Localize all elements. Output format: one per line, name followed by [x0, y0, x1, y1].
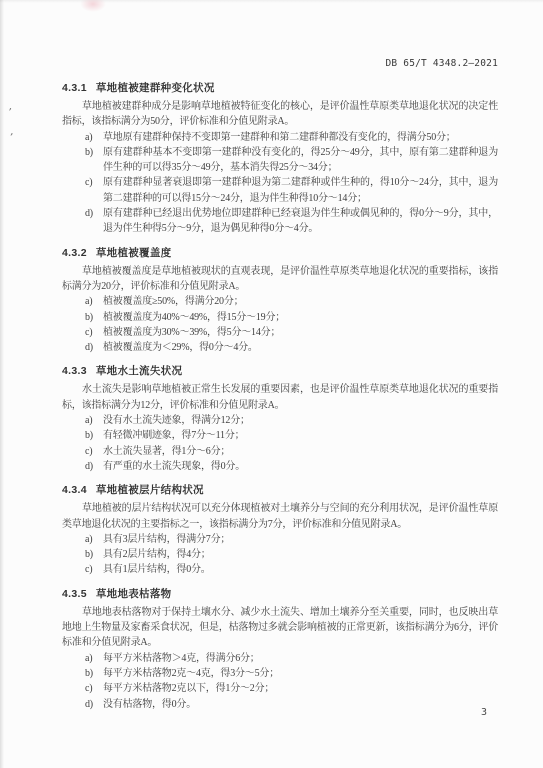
- list-item-text: 水土流失显著，得1分～6分；: [103, 446, 230, 457]
- section-paragraph: 草地植被覆盖度是草地植被现状的直观表现，是评价温性草原类草地退化状况的重要指标，…: [62, 264, 498, 295]
- page-content: DB 65/T 4348.2—2021 4.3.1草地植被建群种变化状况 草地植…: [62, 58, 498, 712]
- list-item-label: c): [85, 562, 92, 577]
- list-item-label: a): [85, 294, 92, 309]
- document-page: ’ ’ DB 65/T 4348.2—2021 4.3.1草地植被建群种变化状况…: [0, 0, 543, 768]
- list-item-label: a): [85, 532, 92, 547]
- list-item-label: d): [85, 697, 93, 712]
- list-item-text: 有轻微冲刷迹象，得7分～11分；: [103, 430, 244, 441]
- document-code-header: DB 65/T 4348.2—2021: [62, 58, 498, 70]
- scan-smudge: [80, 0, 106, 12]
- section-number: 4.3.5: [62, 588, 87, 600]
- list-item: b)具有2层片结构，得4分；: [62, 547, 498, 562]
- scan-edge-shadow: [0, 0, 4, 768]
- list-item-label: b): [85, 310, 93, 325]
- scan-speck: ’: [7, 131, 14, 144]
- list-item-label: a): [85, 651, 92, 666]
- scan-speck: ’: [7, 106, 12, 119]
- section-4-3-1: 4.3.1草地植被建群种变化状况 草地植被建群种成分是影响草地植被特征变化的核心…: [62, 80, 498, 237]
- section-title: 草地植被建群种变化状况: [96, 82, 215, 94]
- list-item-label: d): [85, 459, 93, 474]
- section-number: 4.3.1: [62, 82, 87, 94]
- list-item-label: d): [85, 340, 93, 355]
- list-item: c)每平方米枯落物2克以下，得1分～2分；: [62, 681, 498, 696]
- list-item-text: 原有建群种基本不变即第一建群种没有变化的，得25分～49分，其中，原有第二建群种…: [103, 147, 498, 173]
- list-item: d)植被覆盖度为＜29%，得0分～4分。: [62, 340, 498, 355]
- list-item: d)没有枯落物，得0分。: [62, 697, 498, 712]
- section-heading: 4.3.4草地植被层片结构状况: [62, 482, 498, 497]
- list-item: c)植被覆盖度为30%～39%，得5分～14分；: [62, 325, 498, 340]
- list-item-label: b): [85, 428, 93, 443]
- section-title: 草地地表枯落物: [96, 588, 172, 600]
- section-heading: 4.3.1草地植被建群种变化状况: [62, 80, 498, 95]
- section-paragraph: 草地植被的层片结构状况可以充分体现植被对土壤养分与空间的充分利用状况，是评价温性…: [62, 501, 498, 532]
- section-title: 草地植被覆盖度: [96, 247, 172, 259]
- list-item-label: b): [85, 666, 93, 681]
- section-4-3-5: 4.3.5草地地表枯落物 草地地表枯落物对于保持土壤水分、减少水土流失、增加土壤…: [62, 586, 498, 712]
- list-item-text: 植被覆盖度为40%～49%，得15分～19分；: [103, 312, 285, 323]
- list-item: a)每平方米枯落物＞4克，得满分6分；: [62, 651, 498, 666]
- list-item-label: c): [85, 444, 92, 459]
- list-item-text: 每平方米枯落物2克以下，得1分～2分；: [103, 683, 274, 694]
- section-paragraph: 水土流失是影响草地植被正常生长发展的重要因素，也是评价温性草原类草地退化状况的重…: [62, 382, 498, 413]
- list-item-text: 草地原有建群种保持不变即第一建群种和第二建群种都没有变化的，得满分50分；: [103, 132, 456, 143]
- list-item-label: d): [85, 206, 93, 221]
- list-item-text: 没有水土流失迹象，得满分12分；: [103, 415, 250, 426]
- list-item-text: 没有枯落物，得0分。: [103, 699, 196, 710]
- section-4-3-2: 4.3.2草地植被覆盖度 草地植被覆盖度是草地植被现状的直观表现，是评价温性草原…: [62, 245, 498, 356]
- list-item-text: 原有建群种已经退出优势地位即建群种已经衰退为伴生种或偶见种的，得0分～9分，其中…: [103, 208, 498, 234]
- list-item: a)草地原有建群种保持不变即第一建群种和第二建群种都没有变化的，得满分50分；: [62, 130, 498, 145]
- section-title: 草地水土流失状况: [96, 365, 182, 377]
- section-number: 4.3.2: [62, 247, 87, 259]
- section-paragraph: 草地地表枯落物对于保持土壤水分、减少水土流失、增加土壤养分至关重要，同时，也反映…: [62, 605, 498, 651]
- list-item-label: c): [85, 681, 92, 696]
- list-item-label: a): [85, 413, 92, 428]
- list-item: c)具有1层片结构，得0分。: [62, 562, 498, 577]
- list-item-text: 原有建群种显著衰退即第一建群种退为第二建群种或伴生种的，得10分～24分，其中，…: [103, 177, 498, 203]
- list-item: c)原有建群种显著衰退即第一建群种退为第二建群种或伴生种的，得10分～24分，其…: [62, 175, 498, 206]
- list-item-text: 每平方米枯落物＞4克，得满分6分；: [103, 653, 260, 664]
- section-heading: 4.3.2草地植被覆盖度: [62, 245, 498, 260]
- section-4-3-4: 4.3.4草地植被层片结构状况 草地植被的层片结构状况可以充分体现植被对土壤养分…: [62, 482, 498, 577]
- section-heading: 4.3.3草地水土流失状况: [62, 363, 498, 378]
- criteria-list: a)具有3层片结构，得满分7分； b)具有2层片结构，得4分； c)具有1层片结…: [62, 532, 498, 578]
- list-item-text: 每平方米枯落物2克～4克，得3分～5分；: [103, 668, 279, 679]
- list-item-label: b): [85, 547, 93, 562]
- criteria-list: a)植被覆盖度≥50%，得满分20分； b)植被覆盖度为40%～49%，得15分…: [62, 294, 498, 355]
- list-item-label: b): [85, 145, 93, 160]
- list-item-text: 植被覆盖度≥50%，得满分20分；: [103, 296, 243, 307]
- page-number: 3: [481, 707, 487, 718]
- list-item-label: a): [85, 130, 92, 145]
- list-item-text: 植被覆盖度为30%～39%，得5分～14分；: [103, 327, 280, 338]
- section-title: 草地植被层片结构状况: [96, 484, 204, 496]
- list-item-text: 具有3层片结构，得满分7分；: [103, 534, 230, 545]
- list-item: d)有严重的水土流失现象，得0分。: [62, 459, 498, 474]
- list-item: a)没有水土流失迹象，得满分12分；: [62, 413, 498, 428]
- section-heading: 4.3.5草地地表枯落物: [62, 586, 498, 601]
- criteria-list: a)没有水土流失迹象，得满分12分； b)有轻微冲刷迹象，得7分～11分； c)…: [62, 413, 498, 474]
- list-item-text: 具有1层片结构，得0分。: [103, 564, 211, 575]
- section-4-3-3: 4.3.3草地水土流失状况 水土流失是影响草地植被正常生长发展的重要因素，也是评…: [62, 363, 498, 474]
- section-number: 4.3.4: [62, 484, 87, 496]
- criteria-list: a)每平方米枯落物＞4克，得满分6分； b)每平方米枯落物2克～4克，得3分～5…: [62, 651, 498, 712]
- criteria-list: a)草地原有建群种保持不变即第一建群种和第二建群种都没有变化的，得满分50分； …: [62, 130, 498, 237]
- scan-edge-shadow-top: [0, 0, 543, 3]
- list-item-text: 具有2层片结构，得4分；: [103, 549, 211, 560]
- list-item: b)原有建群种基本不变即第一建群种没有变化的，得25分～49分，其中，原有第二建…: [62, 145, 498, 176]
- list-item-text: 有严重的水土流失现象，得0分。: [103, 461, 245, 472]
- section-number: 4.3.3: [62, 365, 87, 377]
- list-item: b)植被覆盖度为40%～49%，得15分～19分；: [62, 310, 498, 325]
- list-item: b)有轻微冲刷迹象，得7分～11分；: [62, 428, 498, 443]
- list-item-label: c): [85, 325, 92, 340]
- list-item: d)原有建群种已经退出优势地位即建群种已经衰退为伴生种或偶见种的，得0分～9分，…: [62, 206, 498, 237]
- section-paragraph: 草地植被建群种成分是影响草地植被特征变化的核心，是评价温性草原类草地退化状况的决…: [62, 99, 498, 130]
- list-item-label: c): [85, 175, 92, 190]
- list-item: c)水土流失显著，得1分～6分；: [62, 444, 498, 459]
- list-item: a)植被覆盖度≥50%，得满分20分；: [62, 294, 498, 309]
- list-item-text: 植被覆盖度为＜29%，得0分～4分。: [103, 342, 258, 353]
- list-item: b)每平方米枯落物2克～4克，得3分～5分；: [62, 666, 498, 681]
- list-item: a)具有3层片结构，得满分7分；: [62, 532, 498, 547]
